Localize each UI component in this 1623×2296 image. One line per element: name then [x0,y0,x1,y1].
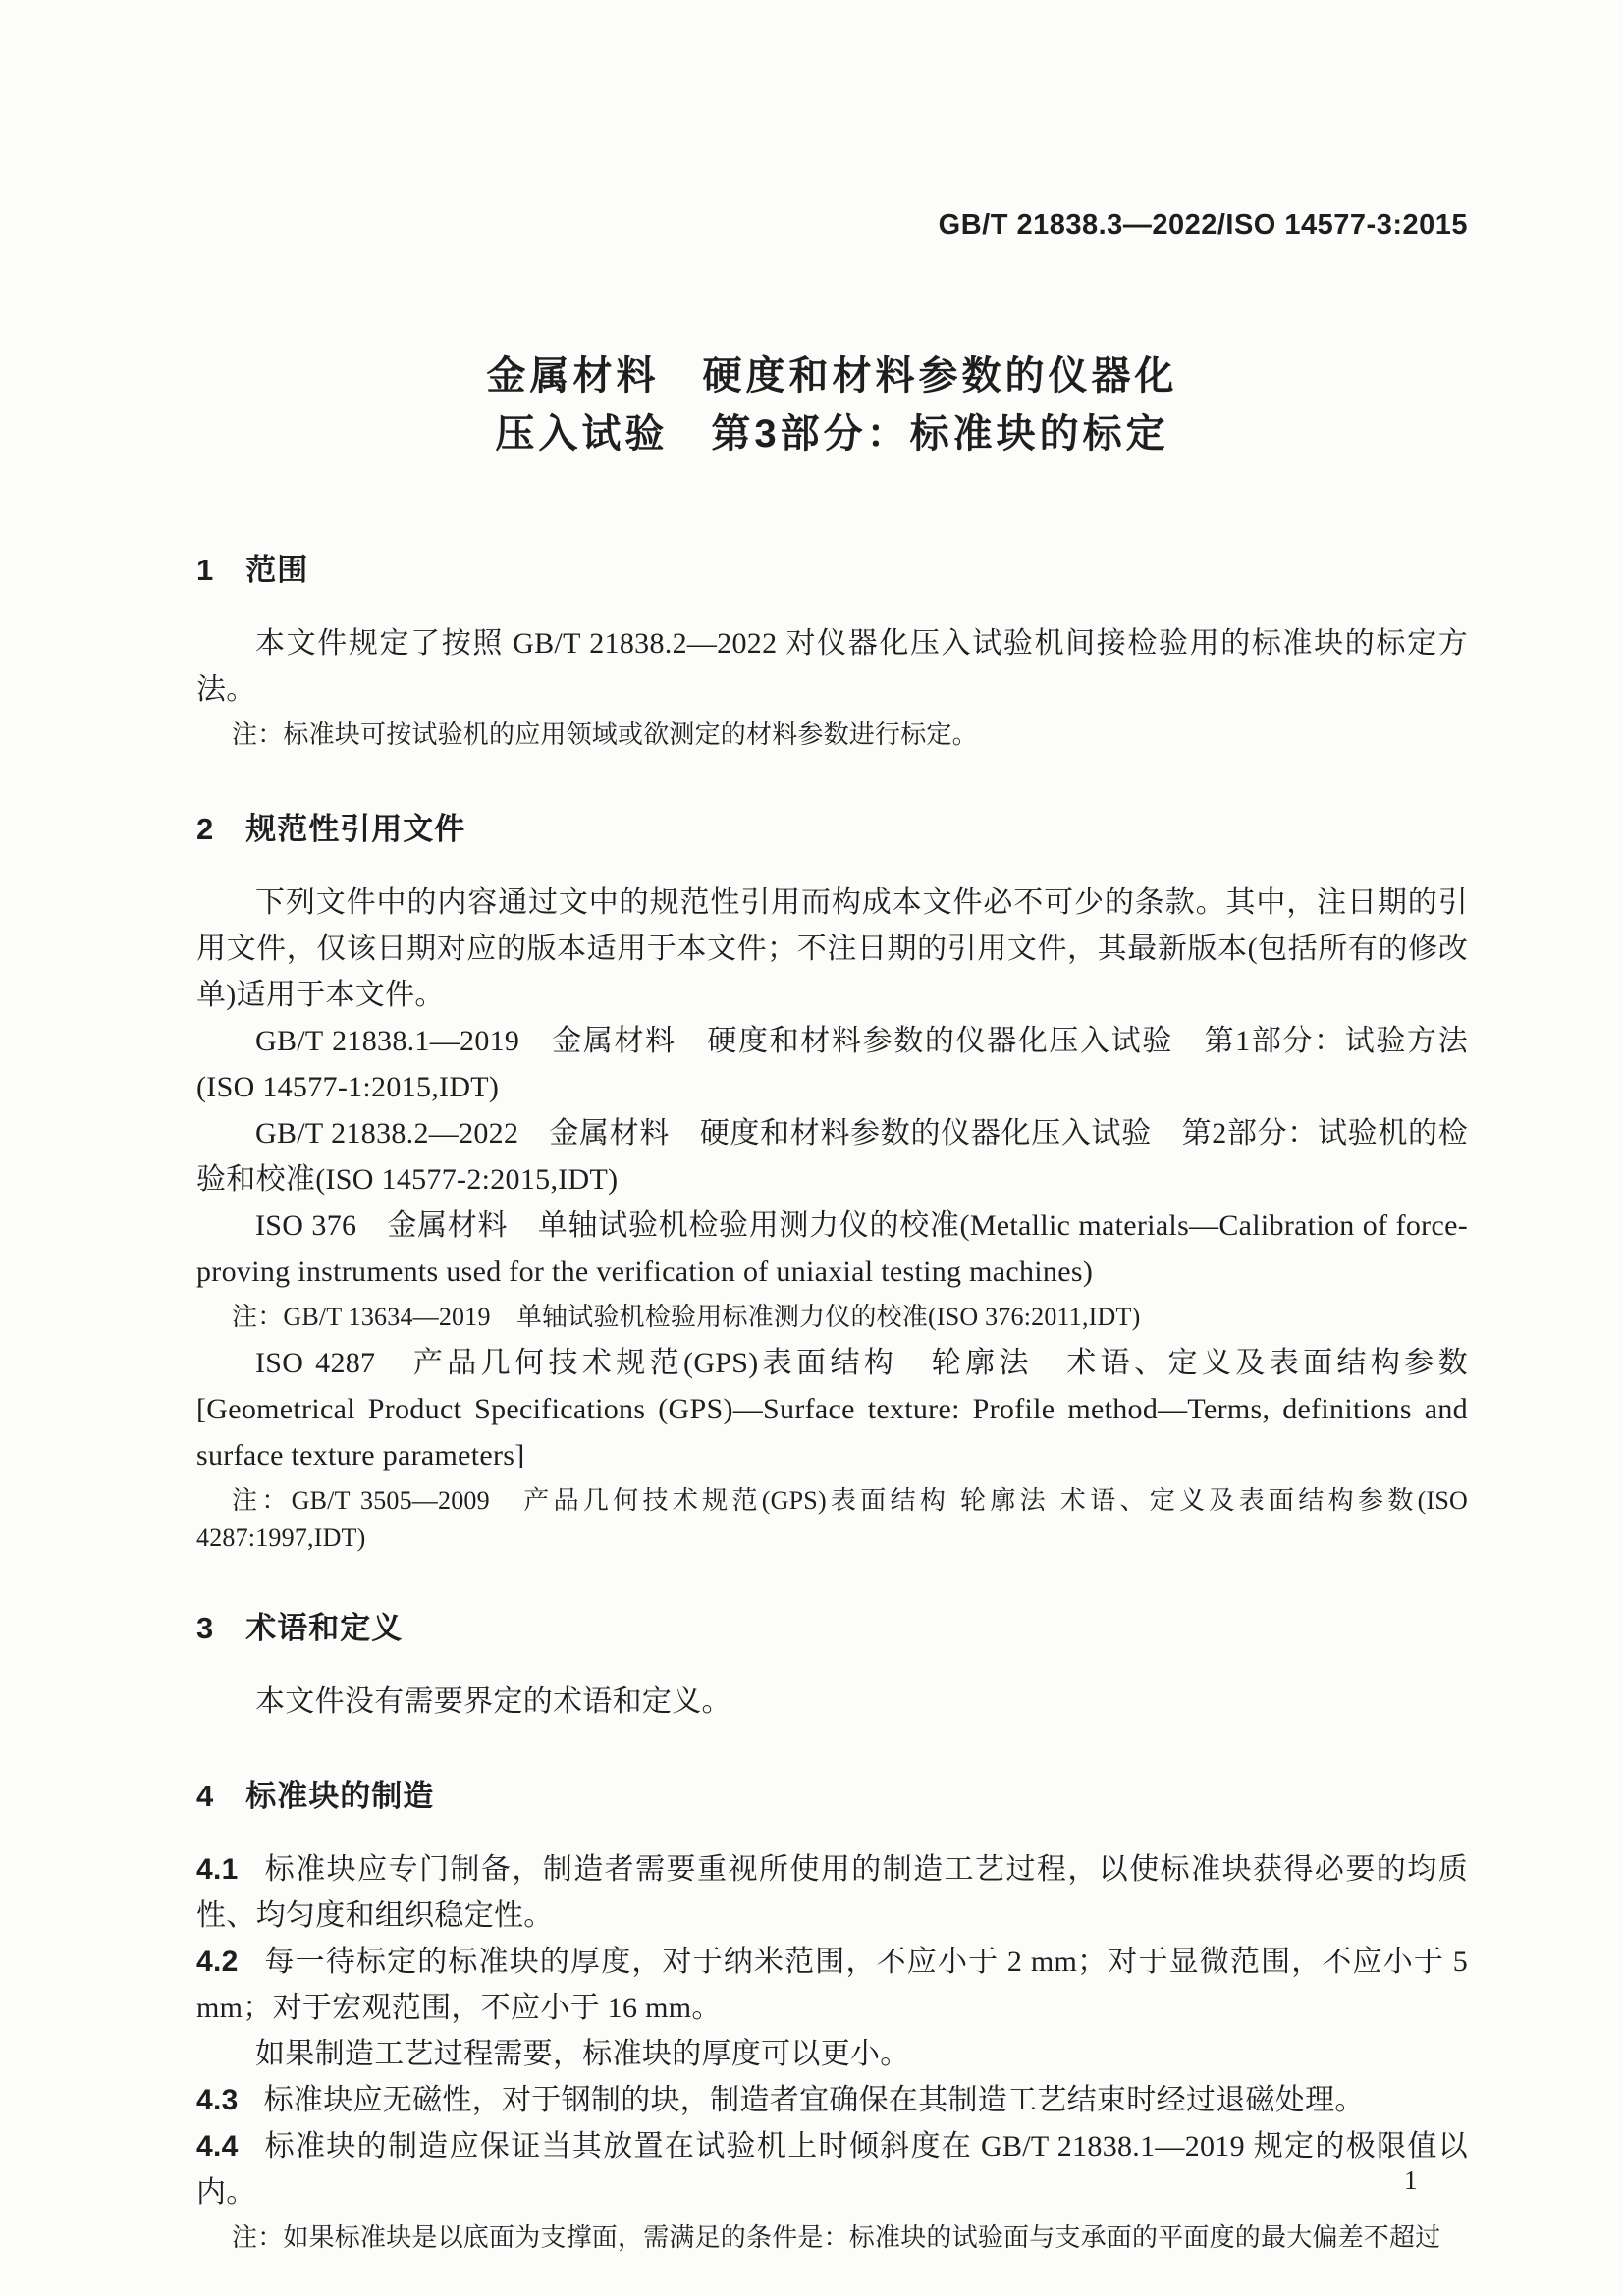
clause-4-1-number: 4.1 [196,1853,239,1886]
page-number: 1 [1404,2165,1418,2195]
clause-4-3-number: 4.3 [196,2084,239,2116]
clause-4-4-note: 注：如果标准块是以底面为支撑面，需满足的条件是：标准块的试验面与支承面的平面度的… [196,2219,1468,2257]
document-title: 金属材料 硬度和材料参数的仪器化 压入试验 第3部分：标准块的标定 [196,347,1468,463]
normative-refs-paragraph: 下列文件中的内容通过文中的规范性引用而构成本文件必不可少的条款。其中，注日期的引… [196,880,1468,1018]
note-gbt-3505: 注：GB/T 3505—2009 产品几何技术规范(GPS)表面结构 轮廓法 术… [196,1482,1468,1557]
reference-gbt-21838-1: GB/T 21838.1—2019 金属材料 硬度和材料参数的仪器化压入试验 第… [196,1018,1468,1110]
clause-4-2-number: 4.2 [196,1946,239,1978]
clause-4-4-text: 标准块的制造应保证当其放置在试验机上时倾斜度在 GB/T 21838.1—201… [196,2130,1468,2209]
clause-4-1-text: 标准块应专门制备，制造者需要重视所使用的制造工艺过程，以使标准块获得必要的均质性… [196,1853,1468,1932]
scope-paragraph: 本文件规定了按照 GB/T 21838.2—2022 对仪器化压入试验机间接检验… [196,620,1468,713]
terms-paragraph: 本文件没有需要界定的术语和定义。 [196,1679,1468,1725]
clause-4-3-text: 标准块应无磁性，对于钢制的块，制造者宜确保在其制造工艺结束时经过退磁处理。 [264,2084,1365,2116]
clause-4-2-extra-paragraph: 如果制造工艺过程需要，标准块的厚度可以更小。 [196,2031,1468,2077]
title-line-2: 压入试验 第3部分：标准块的标定 [196,405,1468,463]
clause-4-2-text: 每一待标定的标准块的厚度，对于纳米范围，不应小于 2 mm；对于显微范围，不应小… [196,1946,1468,2024]
clause-4-4: 4.4标准块的制造应保证当其放置在试验机上时倾斜度在 GB/T 21838.1—… [196,2123,1468,2216]
scope-note: 注：标准块可按试验机的应用领域或欲测定的材料参数进行标定。 [196,717,1468,754]
reference-iso-376: ISO 376 金属材料 单轴试验机检验用测力仪的校准(Metallic mat… [196,1202,1468,1295]
document-page: GB/T 21838.3—2022/ISO 14577-3:2015 金属材料 … [0,0,1623,2296]
clause-4-4-number: 4.4 [196,2130,239,2163]
clause-4-3: 4.3标准块应无磁性，对于钢制的块，制造者宜确保在其制造工艺结束时经过退磁处理。 [196,2077,1468,2123]
clause-4-2: 4.2每一待标定的标准块的厚度，对于纳米范围，不应小于 2 mm；对于显微范围，… [196,1939,1468,2031]
clause-2-heading: 2 规范性引用文件 [196,809,1468,850]
reference-gbt-21838-2: GB/T 21838.2—2022 金属材料 硬度和材料参数的仪器化压入试验 第… [196,1110,1468,1202]
standard-number-header: GB/T 21838.3—2022/ISO 14577-3:2015 [196,208,1468,241]
clause-3-heading: 3 术语和定义 [196,1608,1468,1649]
clause-1-heading: 1 范围 [196,550,1468,591]
note-gbt-13634: 注：GB/T 13634—2019 单轴试验机检验用标准测力仪的校准(ISO 3… [196,1299,1468,1336]
reference-iso-4287: ISO 4287 产品几何技术规范(GPS)表面结构 轮廓法 术语、定义及表面结… [196,1340,1468,1478]
clause-4-1: 4.1标准块应专门制备，制造者需要重视所使用的制造工艺过程，以使标准块获得必要的… [196,1846,1468,1939]
clause-4-heading: 4 标准块的制造 [196,1776,1468,1817]
title-line-1: 金属材料 硬度和材料参数的仪器化 [196,347,1468,405]
